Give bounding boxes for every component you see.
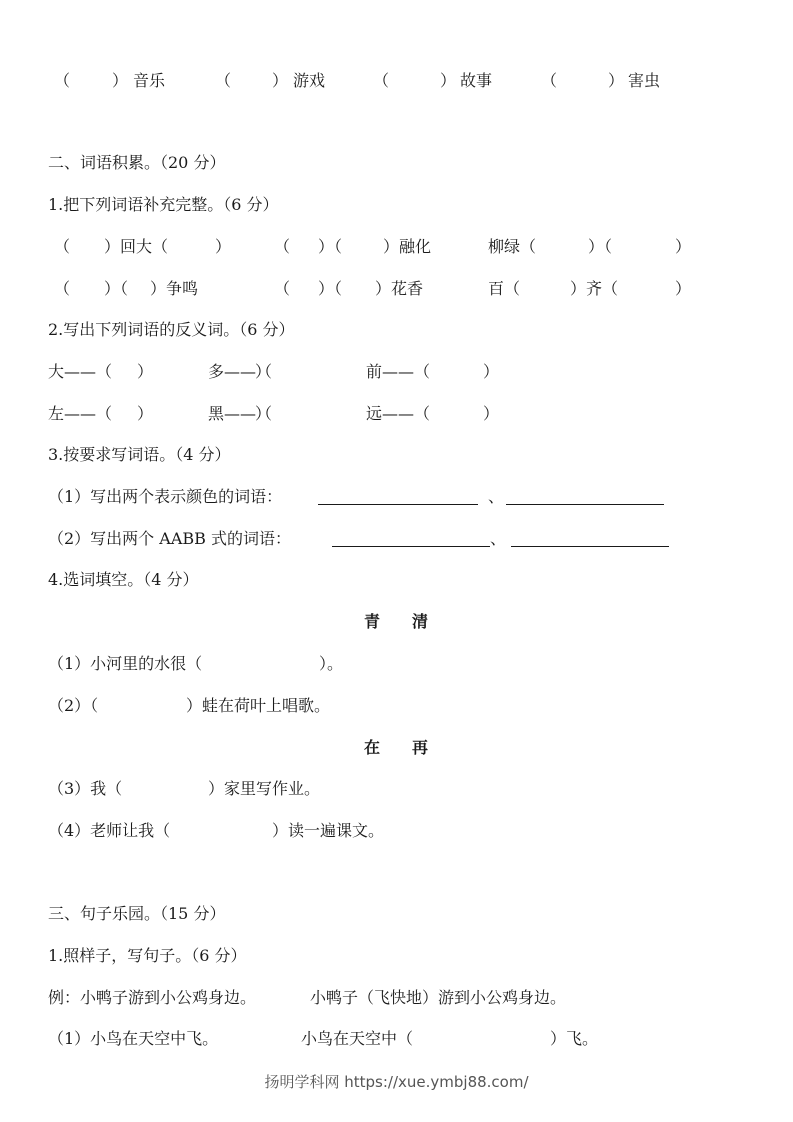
q4-item3-prefix: （3）我（ bbox=[48, 779, 122, 799]
footer-watermark: 扬明学科网 https://xue.ymbj88.com/ bbox=[0, 1071, 793, 1092]
idiom-part: ）融化 bbox=[383, 237, 431, 257]
idiom-part: ）（ bbox=[318, 237, 342, 257]
section3-title: 三、句子乐园。（15 分） bbox=[48, 904, 225, 924]
separator: 、 bbox=[488, 487, 504, 507]
idiom-part: 柳绿（ bbox=[488, 237, 536, 257]
idiom-part: 百（ bbox=[488, 279, 520, 299]
bracket: ） bbox=[255, 362, 271, 382]
idiom-part: ）争鸣 bbox=[150, 279, 198, 299]
bracket-close: ） bbox=[112, 71, 128, 91]
bracket-open: （ bbox=[215, 71, 231, 91]
q1-title: 1.把下列词语补充完整。（6 分） bbox=[48, 195, 279, 215]
bracket-open: （ bbox=[541, 71, 557, 91]
bracket: ） bbox=[483, 404, 499, 424]
antonym-prompt: 前——（ bbox=[366, 362, 430, 382]
answer-blank[interactable] bbox=[332, 530, 490, 547]
example-answer: 小鸭子（飞快地）游到小公鸡身边。 bbox=[310, 988, 566, 1008]
bracket: ） bbox=[675, 279, 691, 299]
s3-item1-sentence: （1）小鸟在天空中飞。 bbox=[48, 1029, 218, 1049]
word-music: 音乐 bbox=[133, 71, 165, 91]
q3-title: 3.按要求写词语。（4 分） bbox=[48, 445, 231, 465]
bracket: （ bbox=[54, 279, 70, 299]
s3-item1-prefix: 小鸟在天空中（ bbox=[301, 1029, 413, 1049]
idiom-part: ）（ bbox=[104, 279, 128, 299]
answer-blank[interactable] bbox=[318, 488, 478, 505]
s3-q1-title: 1.照样子，写句子。（6 分） bbox=[48, 946, 247, 966]
q4-item4-suffix: ）读一遍课文。 bbox=[272, 821, 384, 841]
q3-item1-label: （1）写出两个表示颜色的词语： bbox=[48, 487, 282, 507]
bracket: ） bbox=[137, 362, 153, 382]
q4-item4-prefix: （4）老师让我（ bbox=[48, 821, 170, 841]
separator: 、 bbox=[490, 529, 506, 549]
bracket-open: （ bbox=[373, 71, 389, 91]
antonym-prompt: 大——（ bbox=[48, 362, 112, 382]
idiom-part: ）（ bbox=[318, 279, 342, 299]
q4-item2-suffix: ）蛙在荷叶上唱歌。 bbox=[186, 696, 330, 716]
bracket-close: ） bbox=[272, 71, 288, 91]
bracket: ） bbox=[675, 237, 691, 257]
idiom-part: ）花香 bbox=[375, 279, 423, 299]
example-sentence: 例：小鸭子游到小公鸡身边。 bbox=[48, 988, 256, 1008]
idiom-part: ）回大（ bbox=[104, 237, 168, 257]
idiom-part: ）（ bbox=[588, 237, 612, 257]
bracket: ） bbox=[483, 362, 499, 382]
q2-title: 2.写出下列词语的反义词。（6 分） bbox=[48, 320, 295, 340]
answer-blank[interactable] bbox=[506, 488, 664, 505]
bracket-close: ） bbox=[608, 71, 624, 91]
word-game: 游戏 bbox=[293, 71, 325, 91]
choice-group-2: 在 再 bbox=[364, 738, 428, 758]
antonym-prompt: 左——（ bbox=[48, 404, 112, 424]
q4-title: 4.选词填空。（4 分） bbox=[48, 570, 199, 590]
word-story: 故事 bbox=[460, 71, 492, 91]
choice-group-1: 青 清 bbox=[364, 612, 428, 632]
idiom-part: ）齐（ bbox=[570, 279, 618, 299]
q4-item1-suffix: ）。 bbox=[319, 654, 343, 674]
q4-item2-prefix: （2）（ bbox=[48, 696, 98, 716]
bracket: （ bbox=[274, 279, 290, 299]
q4-item3-suffix: ）家里写作业。 bbox=[208, 779, 320, 799]
bracket: ） bbox=[137, 404, 153, 424]
section2-title: 二、词语积累。（20 分） bbox=[48, 153, 225, 173]
bracket: ） bbox=[255, 404, 271, 424]
q4-item1-prefix: （1）小河里的水很（ bbox=[48, 654, 202, 674]
bracket-open: （ bbox=[54, 71, 70, 91]
s3-item1-suffix: ）飞。 bbox=[550, 1029, 598, 1049]
bracket: ） bbox=[215, 237, 231, 257]
antonym-prompt: 远——（ bbox=[366, 404, 430, 424]
bracket: （ bbox=[54, 237, 70, 257]
q3-item2-label: （2）写出两个 AABB 式的词语： bbox=[48, 529, 291, 549]
bracket: （ bbox=[274, 237, 290, 257]
word-pest: 害虫 bbox=[628, 71, 660, 91]
bracket-close: ） bbox=[440, 71, 456, 91]
answer-blank[interactable] bbox=[511, 530, 669, 547]
